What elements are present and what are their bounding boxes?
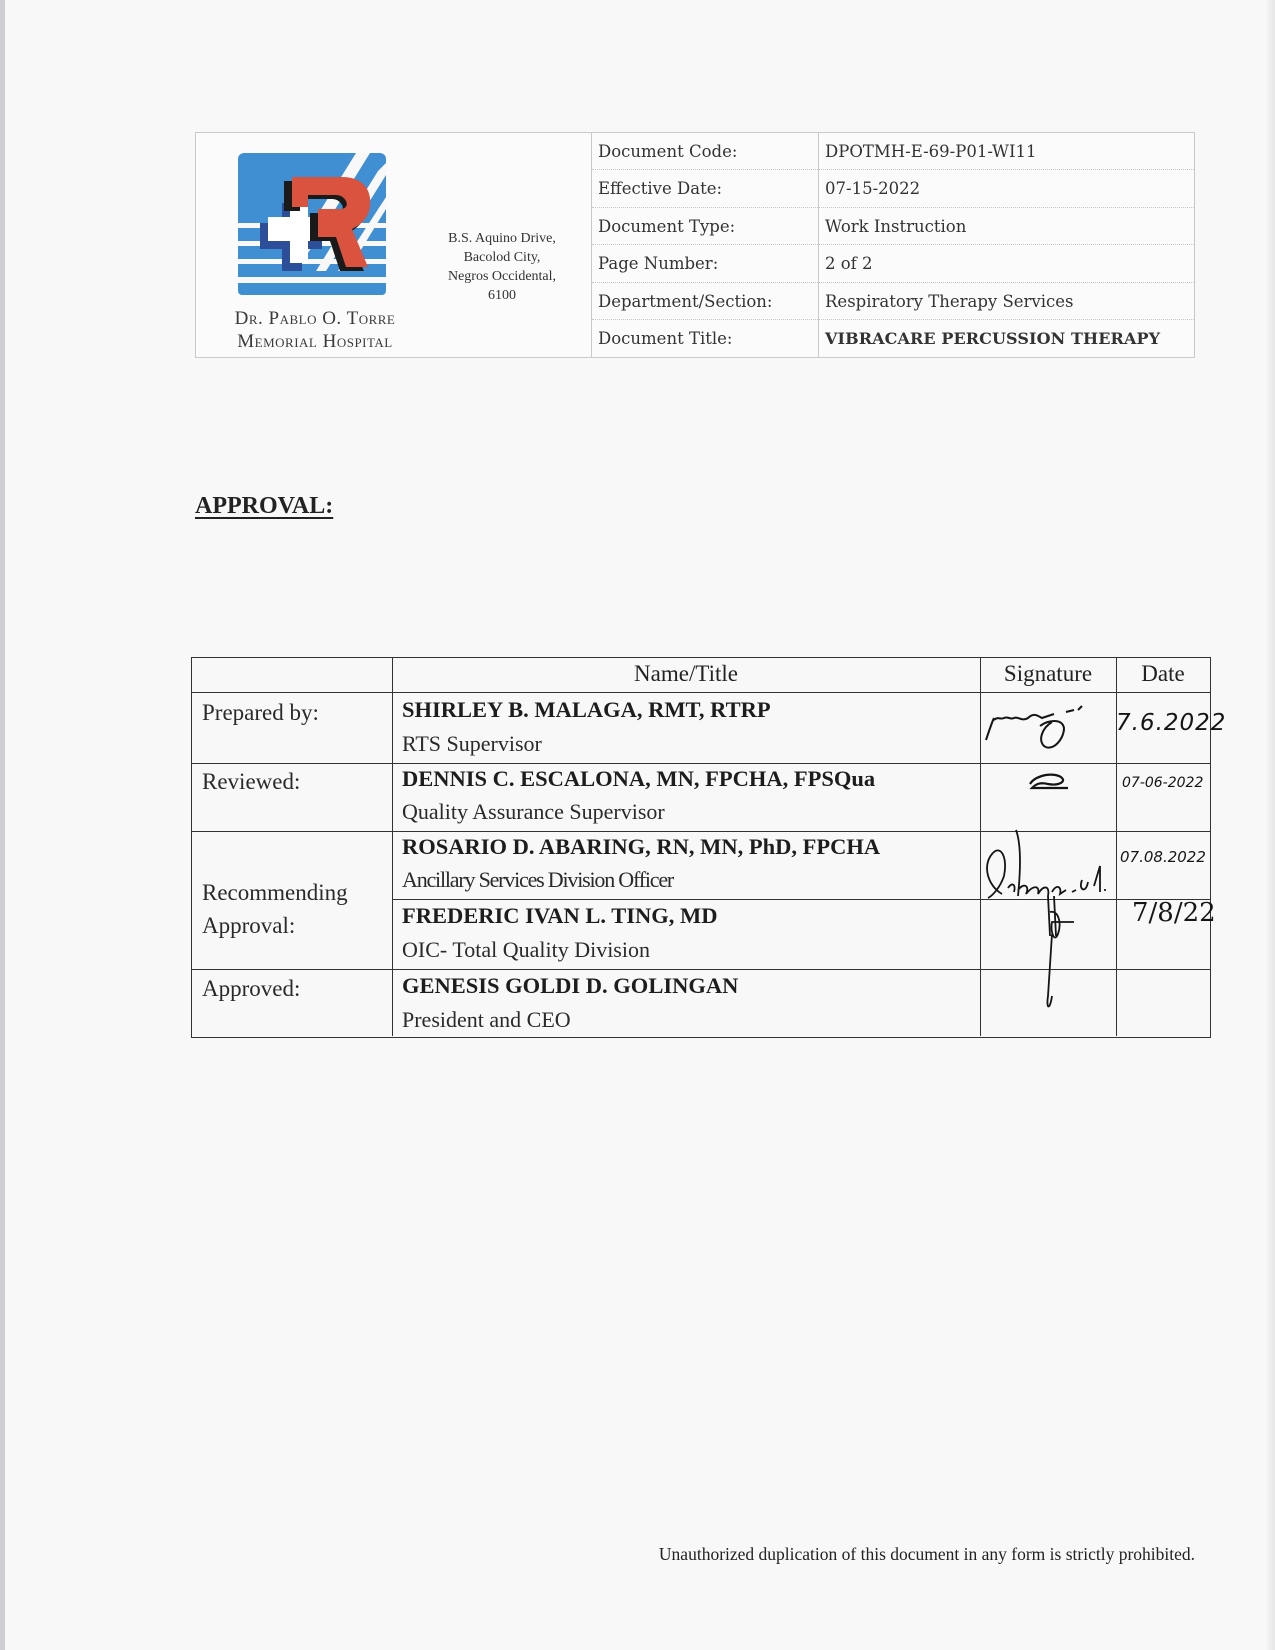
signatory-title: Ancillary Services Division Officer [402, 867, 673, 893]
signatory-title: Quality Assurance Supervisor [402, 799, 665, 825]
logo-cell: Dr. Pablo O. Torre Memorial Hospital B.S… [196, 133, 592, 357]
document-header: Dr. Pablo O. Torre Memorial Hospital B.S… [195, 132, 1195, 358]
meta-row-document-title: Document Title: VIBRACARE PERCUSSION THE… [592, 320, 1194, 357]
approval-heading: APPROVAL: [195, 493, 333, 520]
meta-label: Document Type: [592, 207, 819, 245]
signed-date: 7.6.2022 [1116, 710, 1226, 736]
meta-value: DPOTMH-E-69-P01-WI11 [819, 133, 1195, 170]
role-recommending-approval: Recommending Approval: [202, 876, 348, 942]
meta-row-document-type: Document Type: Work Instruction [592, 207, 1194, 245]
meta-label: Document Title: [592, 320, 819, 357]
meta-row-department: Department/Section: Respiratory Therapy … [592, 282, 1194, 320]
hospital-name-line2: Memorial Hospital [196, 330, 434, 353]
table-rule [192, 763, 1210, 764]
scan-edge [0, 0, 5, 1650]
table-rule [192, 692, 1210, 693]
signature-mark [978, 826, 1128, 1041]
signed-date: 7/8/22 [1132, 898, 1216, 928]
role-line: Approval: [202, 909, 348, 942]
address-line: B.S. Aquino Drive, [422, 229, 582, 248]
signatory-name: DENNIS C. ESCALONA, MN, FPCHA, FPSQua [402, 766, 875, 792]
column-header-date: Date [1116, 661, 1210, 687]
document-meta-table: Document Code: DPOTMH-E-69-P01-WI11 Effe… [592, 133, 1194, 357]
signatory-name: SHIRLEY B. MALAGA, RMT, RTRP [402, 697, 771, 723]
meta-label: Document Code: [592, 133, 819, 170]
role-reviewed: Reviewed: [202, 769, 300, 795]
meta-value: Respiratory Therapy Services [819, 282, 1195, 320]
scan-edge [1267, 0, 1275, 1650]
address-line: Negros Occidental, [422, 267, 582, 286]
signatory-name: ROSARIO D. ABARING, RN, MN, PhD, FPCHA [402, 834, 880, 860]
meta-value: VIBRACARE PERCUSSION THERAPY [819, 320, 1195, 357]
signatory-title: OIC- Total Quality Division [402, 937, 650, 963]
signature-mark [1022, 766, 1082, 796]
meta-value: 07-15-2022 [819, 170, 1195, 208]
meta-value: Work Instruction [819, 207, 1195, 245]
meta-row-page-number: Page Number: 2 of 2 [592, 245, 1194, 283]
hospital-address: B.S. Aquino Drive, Bacolod City, Negros … [422, 229, 582, 305]
meta-row-document-code: Document Code: DPOTMH-E-69-P01-WI11 [592, 133, 1194, 170]
signature-mark [982, 698, 1112, 758]
signatory-title: RTS Supervisor [402, 731, 542, 757]
meta-value: 2 of 2 [819, 245, 1195, 283]
address-line: 6100 [422, 286, 582, 305]
meta-label: Effective Date: [592, 170, 819, 208]
duplication-notice: Unauthorized duplication of this documen… [550, 1544, 1195, 1565]
signatory-name: FREDERIC IVAN L. TING, MD [402, 903, 717, 929]
meta-row-effective-date: Effective Date: 07-15-2022 [592, 170, 1194, 208]
meta-label: Department/Section: [592, 282, 819, 320]
table-rule [392, 658, 393, 1036]
signed-date: 07-06-2022 [1122, 775, 1203, 791]
hospital-name-line1: Dr. Pablo O. Torre [196, 307, 434, 330]
signatory-title: President and CEO [402, 1007, 571, 1033]
role-prepared-by: Prepared by: [202, 700, 319, 726]
approval-table: Name/Title Signature Date Prepared by: S… [191, 657, 1211, 1038]
hospital-name: Dr. Pablo O. Torre Memorial Hospital [196, 307, 434, 353]
hospital-logo-icon [238, 153, 394, 307]
signed-date: 07.08.2022 [1120, 848, 1206, 866]
role-approved: Approved: [202, 976, 300, 1002]
column-header-signature: Signature [980, 661, 1116, 687]
signatory-name: GENESIS GOLDI D. GOLINGAN [402, 973, 738, 999]
column-header-name-title: Name/Title [392, 661, 980, 687]
role-line: Recommending [202, 876, 348, 909]
meta-label: Page Number: [592, 245, 819, 283]
address-line: Bacolod City, [422, 248, 582, 267]
